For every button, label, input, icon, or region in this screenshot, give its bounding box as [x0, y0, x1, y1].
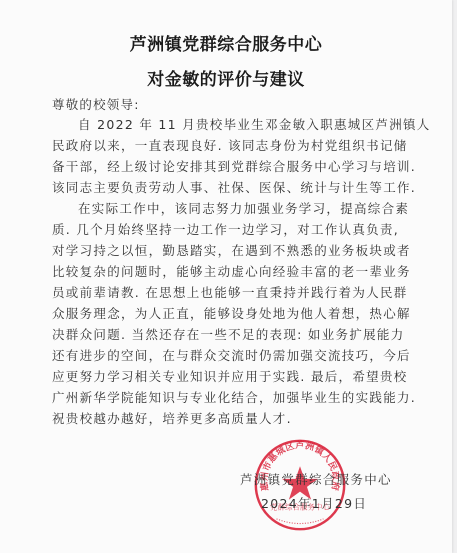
body-line: 民政府以来，一直表现良好. 该同志身份为村党组织书记储: [52, 135, 382, 156]
body-line: 众服务理念，为人正直，能够设身处地为他人着想，热心解: [52, 303, 382, 324]
body-line: 员或前辈请教. 在思想上也能够一直秉持并践行着为人民群: [52, 282, 382, 303]
body-line: 在实际工作中，该同志努力加强业务学习，提高综合素: [52, 198, 382, 219]
body-line: 备干部，经上级讨论安排其到党群综合服务中心学习与培训.: [52, 156, 382, 177]
body-line: 决群众问题. 当然还存在一些不足的表现: 如业务扩展能力: [52, 324, 382, 345]
signature-organization: 芦洲镇党群综合服务中心: [240, 470, 392, 488]
body-line: 该同志主要负责劳动人事、社保、医保、统计与计生等工作.: [52, 177, 382, 198]
body-line: 质. 几个月始终坚持一边工作一边学习，对工作认真负责,: [52, 219, 382, 240]
signature-date: 2024年1月29日: [261, 494, 367, 512]
document-title-line1: 芦洲镇党群综合服务中心: [0, 30, 452, 55]
body-line: 广州新华学院能知识与专业化结合，加强毕业生的实践能力.: [52, 387, 382, 408]
body-line: 祝贵校越办越好，培养更多高质量人才.: [52, 408, 382, 429]
letter-body: 自 2022 年 11 月贵校毕业生邓金敏入职惠城区芦洲镇人 民政府以来，一直表…: [52, 114, 382, 429]
body-line: 对学习持之以恒，勤恳踏实，在遇到不熟悉的业务板块或者: [52, 240, 382, 261]
body-line: 应更努力学习相关专业知识并应用于实践. 最后，希望贵校: [52, 366, 382, 387]
body-line: 还有进步的空间，在与群众交流时仍需加强交流技巧，今后: [52, 345, 382, 366]
document-title-line2: 对金敏的评价与建议: [0, 65, 452, 90]
body-line: 比较复杂的问题时，能够主动虚心向经验丰富的老一辈业务: [52, 261, 382, 282]
salutation: 尊敬的校领导:: [52, 95, 140, 113]
document-page: 芦洲镇党群综合服务中心 对金敏的评价与建议 尊敬的校领导: 自 2022 年 1…: [0, 0, 452, 553]
body-line: 自 2022 年 11 月贵校毕业生邓金敏入职惠城区芦洲镇人: [52, 114, 382, 135]
